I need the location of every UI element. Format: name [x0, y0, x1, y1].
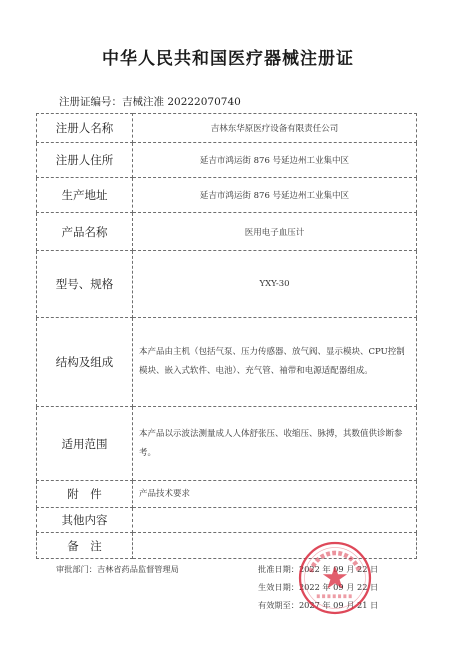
row-structure: 结构及组成 本产品由主机（包括气泵、压力传感器、放气阀、显示模块、CPU控制模块… — [37, 318, 417, 407]
value-other — [133, 508, 417, 533]
value-remarks — [133, 533, 417, 559]
label-structure: 结构及组成 — [37, 318, 133, 407]
effective-date-label: 生效日期： — [258, 582, 299, 592]
label-registrant-name: 注册人名称 — [37, 114, 133, 143]
row-remarks: 备 注 — [37, 533, 417, 559]
row-attachment: 附 件 产品技术要求 — [37, 481, 417, 508]
value-registrant-address: 延吉市鸿运街 876 号延边州工业集中区 — [133, 143, 417, 178]
value-registrant-name: 吉林东华原医疗设备有限责任公司 — [133, 114, 417, 143]
label-model-spec: 型号、规格 — [37, 251, 133, 318]
approval-department: 审批部门：吉林省药品监督管理局 — [56, 564, 179, 575]
approval-date: 批准日期：2022 年 09 月 22 日 — [258, 564, 378, 575]
row-scope: 适用范围 本产品以示波法测量成人人体舒张压、收缩压、脉搏，其数值供诊断参考。 — [37, 407, 417, 481]
value-product-name: 医用电子血压计 — [133, 213, 417, 251]
value-structure: 本产品由主机（包括气泵、压力传感器、放气阀、显示模块、CPU控制模块、嵌入式软件… — [133, 318, 417, 407]
expiry-date-value: 2027 年 09 月 21 日 — [299, 600, 378, 610]
registration-number-line: 注册证编号：吉械注准 20222070740 — [59, 94, 241, 109]
effective-date: 生效日期：2022 年 09 月 22 日 — [258, 582, 378, 593]
certificate-table: 注册人名称 吉林东华原医疗设备有限责任公司 注册人住所 延吉市鸿运街 876 号… — [36, 113, 417, 559]
value-scope: 本产品以示波法测量成人人体舒张压、收缩压、脉搏，其数值供诊断参考。 — [133, 407, 417, 481]
row-registrant-address: 注册人住所 延吉市鸿运街 876 号延边州工业集中区 — [37, 143, 417, 178]
effective-date-value: 2022 年 09 月 22 日 — [299, 582, 378, 592]
label-production-address: 生产地址 — [37, 178, 133, 213]
label-remarks: 备 注 — [37, 533, 133, 559]
document-title: 中华人民共和国医疗器械注册证 — [0, 44, 456, 69]
label-other: 其他内容 — [37, 508, 133, 533]
expiry-date: 有效期至：2027 年 09 月 21 日 — [258, 600, 378, 611]
registration-number-label: 注册证编号： — [59, 96, 122, 108]
label-attachment: 附 件 — [37, 481, 133, 508]
label-scope: 适用范围 — [37, 407, 133, 481]
approval-dept-label: 审批部门： — [56, 564, 97, 574]
row-registrant-name: 注册人名称 吉林东华原医疗设备有限责任公司 — [37, 114, 417, 143]
row-model-spec: 型号、规格 YXY-30 — [37, 251, 417, 318]
approval-date-label: 批准日期： — [258, 564, 299, 574]
approval-date-value: 2022 年 09 月 22 日 — [299, 564, 378, 574]
row-production-address: 生产地址 延吉市鸿运街 876 号延边州工业集中区 — [37, 178, 417, 213]
expiry-date-label: 有效期至： — [258, 600, 299, 610]
approval-dept-value: 吉林省药品监督管理局 — [97, 564, 179, 574]
registration-number: 吉械注准 20222070740 — [122, 96, 241, 108]
label-registrant-address: 注册人住所 — [37, 143, 133, 178]
row-other: 其他内容 — [37, 508, 417, 533]
label-product-name: 产品名称 — [37, 213, 133, 251]
value-production-address: 延吉市鸿运街 876 号延边州工业集中区 — [133, 178, 417, 213]
value-attachment: 产品技术要求 — [133, 481, 417, 508]
value-model-spec: YXY-30 — [133, 251, 417, 318]
row-product-name: 产品名称 医用电子血压计 — [37, 213, 417, 251]
